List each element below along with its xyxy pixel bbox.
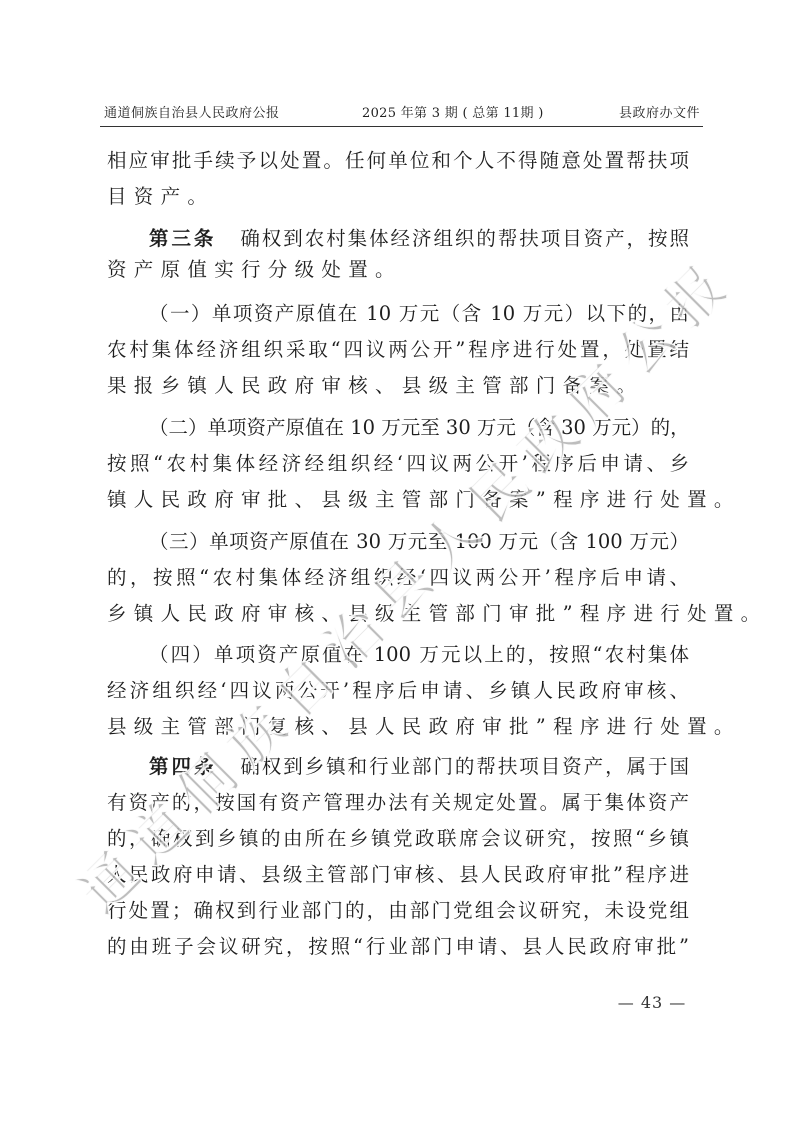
body-line: 目资产。 <box>107 183 214 211</box>
article-4-first-line: 第四条确权到乡镇和行业部门的帮扶项目资产，属于国 <box>149 753 689 781</box>
body-line: 果报乡镇人民政府审核、县级主管部门备案。 <box>107 372 643 400</box>
body-line: 资产原值实行分级处置。 <box>107 256 402 284</box>
body-line: 农村集体经济组织采取“四议两公开”程序进行处置，处置结 <box>107 336 689 364</box>
body-line: 的由班子会议研究，按照“行业部门申请、县人民政府审批” <box>107 933 689 961</box>
header-publication-title: 通道侗族自治县人民政府公报 <box>104 104 280 124</box>
body-line: 乡镇人民政府审核、县级主管部门审批”程序进行处置。 <box>107 600 767 628</box>
body-line: （一）单项资产原值在 10 万元（含 10 万元）以下的，由 <box>149 300 689 328</box>
body-line: 县级主管部门复核、县人民政府审批”程序进行处置。 <box>107 713 741 741</box>
body-line: 的，确权到乡镇的由所在乡镇党政联席会议研究，按照“乡镇 <box>107 825 689 853</box>
header-section-label: 县政府办文件 <box>619 104 700 124</box>
body-line-text: 确权到乡镇和行业部门的帮扶项目资产，属于国 <box>238 755 689 778</box>
body-line: 有资产的，按国有资产管理办法有关规定处置。属于集体资产 <box>107 789 689 817</box>
page-number: — 43 — <box>612 992 692 1014</box>
header-issue-info: 2025 年第 3 期 ( 总第 11期 ) <box>362 104 544 124</box>
body-line: 相应审批手续予以处置。任何单位和个人不得随意处置帮扶项 <box>107 147 689 175</box>
body-line: 的，按照“农村集体经济组织经‘四议两公开’程序后申请、 <box>107 564 689 592</box>
body-line: 经济组织经‘四议两公开’程序后申请、乡镇人民政府审核、 <box>107 677 689 705</box>
article-4-label: 第四条 <box>149 755 216 778</box>
running-header: 通道侗族自治县人民政府公报 2025 年第 3 期 ( 总第 11期 ) 县政府… <box>100 104 700 124</box>
body-line: （三）单项资产原值在 30 万元至 100 万元（含 100 万元） <box>149 528 689 556</box>
header-divider <box>100 126 703 127</box>
article-3-label: 第三条 <box>149 227 216 250</box>
body-line: 人民政府申请、县级主管部门审核、县人民政府审批”程序进 <box>107 861 689 889</box>
body-line-text: 确权到农村集体经济组织的帮扶项目资产，按照 <box>238 227 689 250</box>
article-3-first-line: 第三条确权到农村集体经济组织的帮扶项目资产，按照 <box>149 225 689 253</box>
body-line: （二）单项资产原值在 10 万元至 30 万元（含 30 万元）的， <box>149 414 689 442</box>
document-page: 通道侗族自治县人民政府公报 2025 年第 3 期 ( 总第 11期 ) 县政府… <box>0 0 793 1122</box>
body-line: 按照“农村集体经济经组织经‘四议两公开’程序后申请、乡 <box>107 450 689 478</box>
body-line: 镇人民政府审批、县级主管部门备案”程序进行处置。 <box>107 486 741 514</box>
body-line: （四）单项资产原值在 100 万元以上的，按照“农村集体 <box>149 641 689 669</box>
body-line: 行处置；确权到行业部门的，由部门党组会议研究，未设党组 <box>107 897 689 925</box>
